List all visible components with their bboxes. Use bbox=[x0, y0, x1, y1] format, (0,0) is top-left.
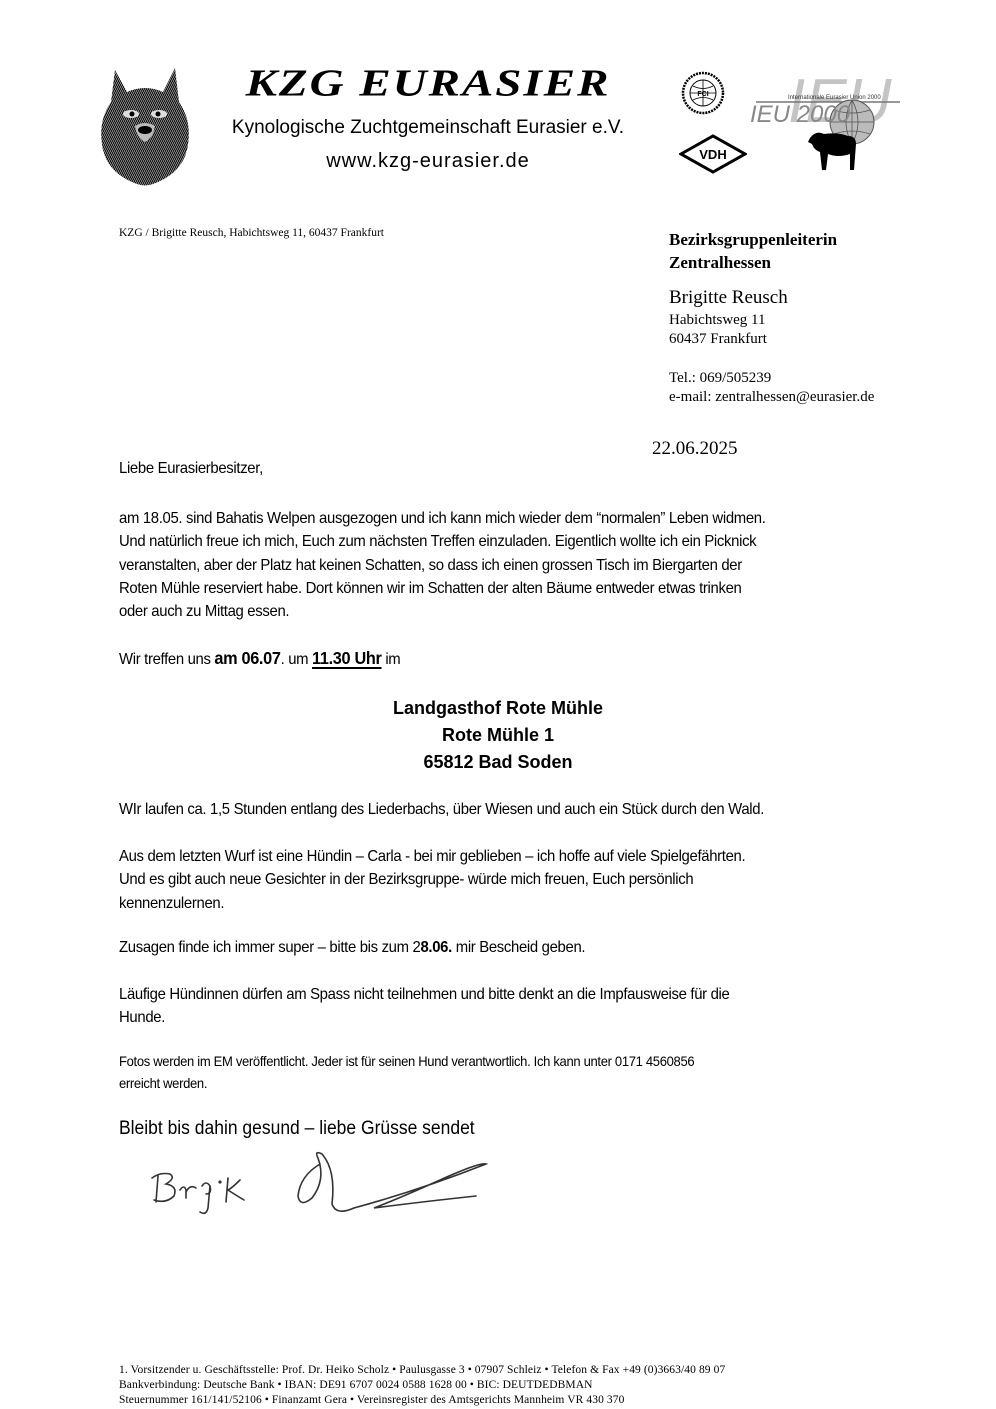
sender-city: 60437 Frankfurt bbox=[669, 329, 767, 349]
meeting-middle: . um bbox=[281, 651, 312, 668]
venue-address: Landgasthof Rote Mühle Rote Mühle 1 6581… bbox=[300, 695, 696, 776]
sender-role-line1: Bezirksgruppenleiterin bbox=[669, 228, 837, 251]
paragraph-intro: am 18.05. sind Bahatis Welpen ausgezogen… bbox=[119, 507, 872, 623]
footer-line-registry: Steuernummer 161/141/52106 • Finanzamt G… bbox=[119, 1393, 725, 1408]
fci-logo: FCI bbox=[681, 71, 725, 115]
paragraph-line: veranstalten, aber der Platz hat keinen … bbox=[119, 554, 872, 577]
paragraph-line: Hunde. bbox=[119, 1006, 872, 1029]
sender-role-line2: Zentralhessen bbox=[669, 251, 837, 274]
rsvp-deadline: 8.06. bbox=[420, 939, 451, 956]
paragraph-line: erreicht werden. bbox=[119, 1072, 872, 1094]
sender-phone: Tel.: 069/505239 bbox=[669, 368, 771, 388]
svg-text:FCI: FCI bbox=[697, 91, 708, 98]
footer-line-contact: 1. Vorsitzender u. Geschäftsstelle: Prof… bbox=[119, 1363, 725, 1378]
brand-subtitle: Kynologische Zuchtgemeinschaft Eurasier … bbox=[203, 116, 653, 140]
brand-title: KZG EURASIER bbox=[203, 60, 653, 106]
ieu-2000-logo: IEU Internationale Eurasier Union 2000 I… bbox=[748, 70, 903, 175]
paragraph-line: Und natürlich freue ich mich, Euch zum n… bbox=[119, 530, 872, 553]
footer-line-bank: Bankverbindung: Deutsche Bank • IBAN: DE… bbox=[119, 1378, 725, 1393]
paragraph-line: Läufige Hündinnen dürfen am Spass nicht … bbox=[119, 983, 872, 1006]
eurasier-dog-head-logo bbox=[95, 62, 195, 187]
sender-street: Habichtsweg 11 bbox=[669, 310, 766, 330]
brand-url: www.kzg-eurasier.de bbox=[203, 148, 653, 174]
venue-street: Rote Mühle 1 bbox=[300, 722, 696, 749]
paragraph-photos: Fotos werden im EM veröffentlicht. Jeder… bbox=[119, 1050, 872, 1094]
paragraph-line: kennenzulernen. bbox=[119, 892, 872, 915]
paragraph-line: Und es gibt auch neue Gesichter in der B… bbox=[119, 868, 872, 891]
vdh-logo: VDH bbox=[679, 134, 747, 174]
paragraph-line: oder auch zu Mittag essen. bbox=[119, 600, 872, 623]
paragraph-rsvp: Zusagen finde ich immer super – bitte bi… bbox=[119, 936, 872, 959]
sender-name: Brigitte Reusch bbox=[669, 287, 788, 309]
sender-email: e-mail: zentralhessen@eurasier.de bbox=[669, 387, 874, 407]
meeting-time: 11.30 Uhr bbox=[312, 648, 381, 668]
rsvp-suffix: mir Bescheid geben. bbox=[452, 939, 585, 956]
paragraph-line: Aus dem letzten Wurf ist eine Hündin – C… bbox=[119, 845, 872, 868]
svg-text:IEU 2000: IEU 2000 bbox=[750, 101, 851, 128]
svg-text:VDH: VDH bbox=[699, 147, 726, 162]
meeting-prefix: Wir treffen uns bbox=[119, 651, 214, 668]
handwritten-signature bbox=[140, 1150, 500, 1220]
closing-line: Bleibt bis dahin gesund – liebe Grüsse s… bbox=[119, 1117, 475, 1141]
meeting-sentence: Wir treffen uns am 06.07. um 11.30 Uhr i… bbox=[119, 647, 872, 671]
venue-name: Landgasthof Rote Mühle bbox=[300, 695, 696, 722]
paragraph-line: Fotos werden im EM veröffentlicht. Jeder… bbox=[119, 1050, 872, 1072]
sender-return-address: KZG / Brigitte Reusch, Habichtsweg 11, 6… bbox=[119, 227, 384, 239]
paragraph-walk: WIr laufen ca. 1,5 Stunden entlang des L… bbox=[119, 798, 872, 821]
venue-city: 65812 Bad Soden bbox=[300, 749, 696, 776]
footer-legal: 1. Vorsitzender u. Geschäftsstelle: Prof… bbox=[119, 1363, 725, 1408]
meeting-suffix: im bbox=[382, 651, 401, 668]
paragraph-rules: Läufige Hündinnen dürfen am Spass nicht … bbox=[119, 983, 872, 1030]
paragraph-line: Roten Mühle reserviert habe. Dort können… bbox=[119, 577, 872, 600]
rsvp-prefix: Zusagen finde ich immer super – bitte bi… bbox=[119, 939, 420, 956]
sender-role: Bezirksgruppenleiterin Zentralhessen bbox=[669, 228, 837, 274]
salutation: Liebe Eurasierbesitzer, bbox=[119, 457, 872, 480]
paragraph-line: am 18.05. sind Bahatis Welpen ausgezogen… bbox=[119, 507, 872, 530]
meeting-date: am 06.07 bbox=[214, 648, 280, 668]
paragraph-litter: Aus dem letzten Wurf ist eine Hündin – C… bbox=[119, 845, 872, 915]
